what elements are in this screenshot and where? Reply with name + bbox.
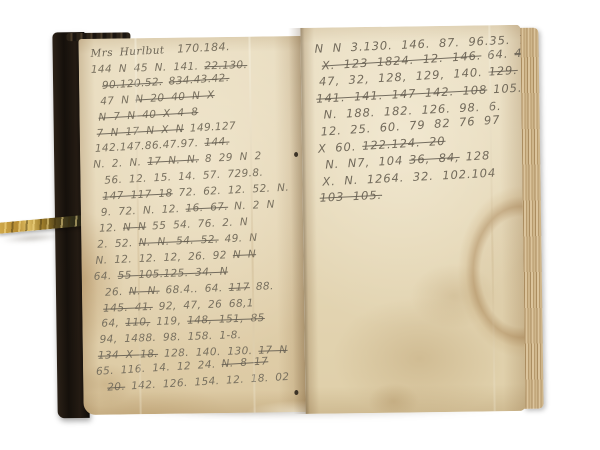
handwriting-segment: 64. bbox=[487, 46, 509, 61]
handwriting-segment: 834.43.42. bbox=[168, 72, 229, 88]
right-page: N N 3.130. 146. 87. 96.35. 78X. 123 1824… bbox=[300, 25, 525, 414]
handwriting-segment: 110, bbox=[125, 316, 150, 329]
handwriting-segment: 55 105.125. 34. N bbox=[117, 265, 228, 281]
handwriting-segment: 64, bbox=[101, 318, 119, 331]
left-page-handwriting: Mrs Hurlbut 170.184. 144 N 45 N. 141.22.… bbox=[78, 36, 305, 415]
handwriting-segment: 94, 1488. 98. 158. 1-8. bbox=[99, 329, 241, 346]
open-notebook: Mrs Hurlbut 170.184. 144 N 45 N. 141.22.… bbox=[52, 21, 543, 420]
left-page: Mrs Hurlbut 170.184. 144 N 45 N. 141.22.… bbox=[78, 36, 305, 415]
handwriting-segment: 64. bbox=[94, 270, 112, 283]
handwriting-segment: 2. 52. bbox=[97, 237, 133, 251]
handwriting-segment: 9. 72. N. 12. bbox=[101, 203, 180, 219]
handwriting-segment: 117 bbox=[228, 281, 250, 294]
handwriting-segment: 148, 151, 85 bbox=[187, 312, 265, 327]
handwriting-segment: 17 N. N. bbox=[147, 154, 199, 169]
handwriting-segment: 88. bbox=[256, 280, 274, 293]
handwriting-segment: 144. bbox=[204, 136, 230, 149]
handwriting-segment: 147 117 18 bbox=[102, 187, 173, 202]
handwriting-segment: N. N. 54. 52. bbox=[138, 233, 218, 248]
handwriting-segment: N. N. bbox=[129, 284, 160, 297]
handwriting-segment: 36, 84, bbox=[409, 150, 460, 167]
photo-canvas: { "palette": { "background": "#ffffff", … bbox=[0, 0, 600, 450]
handwriting-segment: 149.127 bbox=[190, 120, 237, 135]
handwriting-segment: 103 105. bbox=[319, 188, 382, 205]
handwriting-segment: 47 N bbox=[100, 94, 130, 108]
handwriting-segment: 16. 67. bbox=[185, 201, 228, 215]
handwriting-segment: 20. bbox=[107, 381, 126, 394]
handwriting-segment: 119, bbox=[156, 315, 181, 328]
handwriting-segment: X 60. bbox=[318, 139, 357, 155]
handwriting-segment: N N bbox=[233, 248, 257, 261]
handwriting-segment: 8 29 N 2 bbox=[205, 150, 262, 165]
handwriting-segment: 12. bbox=[99, 222, 117, 235]
handwriting-segment: N N bbox=[123, 221, 147, 234]
handwriting-segment: 72. 62. 12. 52. N. bbox=[178, 182, 289, 199]
handwriting-segment: 134 X 18. bbox=[98, 348, 159, 362]
handwriting-segment: N. 8 17 bbox=[221, 355, 268, 370]
handwriting-segment: 128 bbox=[465, 148, 490, 163]
handwriting-segment: N. 2 N bbox=[234, 199, 275, 213]
handwriting-segment: 105. bbox=[493, 80, 523, 96]
handwriting-segment: 68.4.. 64. bbox=[165, 282, 223, 296]
handwriting-segment: 26. bbox=[105, 286, 123, 299]
right-page-handwriting: N N 3.130. 146. 87. 96.35. 78X. 123 1824… bbox=[300, 25, 525, 414]
handwriting-segment: 55 54. 76. 2. N bbox=[152, 216, 248, 232]
handwriting-segment: N. 2. N. bbox=[93, 157, 142, 172]
handwriting-segment: 49. N bbox=[224, 232, 257, 245]
binding-stitch-hole bbox=[294, 152, 298, 157]
owner-name: Mrs Hurlbut bbox=[90, 44, 164, 60]
handwriting-segment: 145. 41. bbox=[103, 300, 153, 314]
binding-stitch-hole bbox=[294, 390, 298, 395]
handwriting-segment: 90.120.52. bbox=[102, 76, 163, 92]
handwriting-segment: N 20 40 N X bbox=[135, 89, 215, 106]
header-numbers: 170.184. bbox=[177, 40, 231, 56]
handwriting-segment: 129. bbox=[488, 63, 518, 79]
handwriting-segment: 92, 47, 26 68,1 bbox=[159, 297, 255, 312]
